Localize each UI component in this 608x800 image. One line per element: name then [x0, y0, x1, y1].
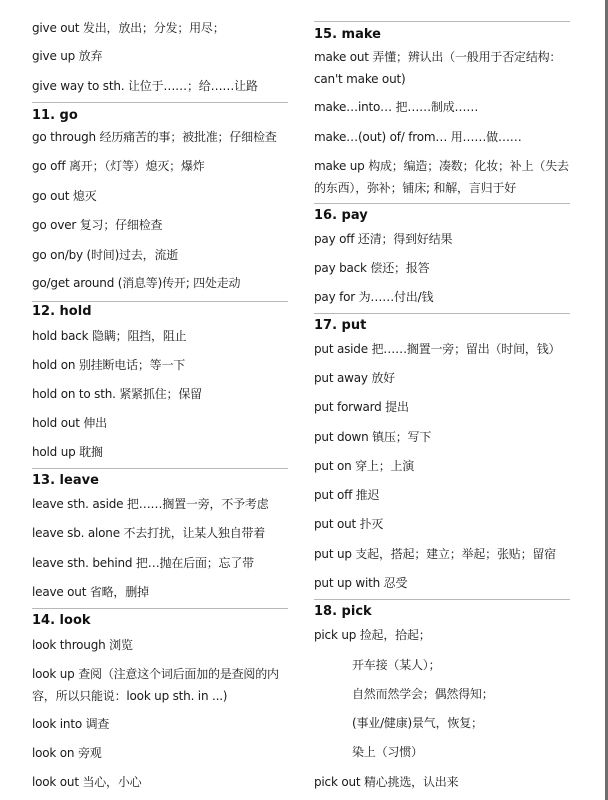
phrase-entry: go/get around (消息等)传开; 四处走动 — [32, 272, 240, 294]
phrase-entry: 染上（习惯） — [352, 741, 423, 763]
section-divider — [314, 313, 570, 314]
section-divider — [32, 608, 288, 609]
phrase-entry: hold back 隐瞒；阻挡，阻止 — [32, 325, 186, 347]
section-divider — [32, 468, 288, 469]
phrase-entry: go out 熄灭 — [32, 185, 96, 207]
section-heading: 16. pay — [314, 207, 368, 225]
phrase-entry: make up 构成；编造；凑数；化妆；补上（失去的东西），弥补；铺床; 和解，… — [314, 155, 576, 199]
phrase-entry: make out 弄懂；辨认出（一般用于否定结构：can't make out) — [314, 46, 576, 90]
phrase-entry: look into 调查 — [32, 713, 109, 735]
phrase-entry: put down 镇压；写下 — [314, 426, 431, 448]
phrase-entry: hold up 耽搁 — [32, 441, 103, 463]
section-heading: 15. make — [314, 26, 381, 44]
section-divider — [32, 102, 288, 103]
phrase-entry: look up 查阅（注意这个词后面加的是查阅的内容，所以只能说：look up… — [32, 663, 294, 707]
phrase-entry: pay off 还清；得到好结果 — [314, 228, 452, 250]
phrase-entry: 开车接（某人）； — [352, 654, 440, 676]
phrase-entry: put off 推迟 — [314, 484, 379, 506]
phrase-entry: go on/by (时间)过去，流逝 — [32, 244, 178, 266]
phrase-entry: pay for 为……付出/钱 — [314, 286, 433, 308]
phrase-entry: put up with 忍受 — [314, 572, 407, 594]
phrase-entry: give out 发出，放出；分发；用尽； — [32, 17, 225, 39]
section-heading: 18. pick — [314, 603, 372, 621]
phrase-entry: put aside 把……搁置一旁；留出（时间，钱） — [314, 338, 560, 360]
phrase-entry: put up 支起，搭起；建立；举起；张贴；留宿 — [314, 543, 556, 565]
phrase-entry: leave sb. alone 不去打扰，让某人独自带着 — [32, 522, 265, 544]
phrase-entry: put on 穿上；上演 — [314, 455, 414, 477]
phrase-entry: look out 当心，小心 — [32, 771, 141, 793]
phrase-entry: (事业/健康)景气，恢复； — [352, 712, 483, 734]
phrase-entry: look through 浏览 — [32, 634, 133, 656]
section-heading: 11. go — [32, 107, 78, 125]
phrase-entry: put forward 提出 — [314, 396, 409, 418]
phrase-entry: go over 复习；仔细检查 — [32, 214, 162, 236]
section-divider — [32, 301, 288, 302]
phrase-entry: make…into… 把……制成…… — [314, 96, 478, 118]
phrase-entry: pick out 精心挑选，认出来 — [314, 771, 458, 793]
phrase-entry: give way to sth. 让位于……；给……让路 — [32, 75, 258, 97]
phrase-entry: put out 扑灭 — [314, 513, 383, 535]
phrase-entry: hold on to sth. 紧紧抓住；保留 — [32, 383, 202, 405]
phrase-entry: hold out 伸出 — [32, 412, 107, 434]
section-divider — [314, 203, 570, 204]
phrase-entry: go through 经历痛苦的事；被批准；仔细检查 — [32, 126, 277, 148]
phrase-entry: pick up 捡起，拾起； — [314, 624, 431, 646]
phrase-entry: leave out 省略，删掉 — [32, 581, 149, 603]
section-divider — [314, 21, 570, 22]
phrase-entry: look on 旁观 — [32, 742, 102, 764]
phrase-entry: give up 放弃 — [32, 45, 102, 67]
section-heading: 13. leave — [32, 472, 99, 490]
section-heading: 17. put — [314, 317, 366, 335]
phrase-entry: pay back 偿还；报答 — [314, 257, 429, 279]
section-divider — [314, 599, 570, 600]
phrase-entry: 自然而然学会；偶然得知； — [352, 683, 494, 705]
phrase-entry: leave sth. aside 把……搁置一旁，不予考虑 — [32, 493, 269, 515]
phrase-entry: go off 离开；（灯等）熄灭；爆炸 — [32, 155, 205, 177]
phrase-entry: make…(out) of/ from… 用……做…… — [314, 126, 522, 148]
section-heading: 14. look — [32, 612, 91, 630]
phrase-entry: leave sth. behind 把…抛在后面；忘了带 — [32, 552, 254, 574]
phrase-entry: hold on 别挂断电话；等一下 — [32, 354, 185, 376]
section-heading: 12. hold — [32, 303, 92, 321]
phrase-entry: put away 放好 — [314, 367, 395, 389]
